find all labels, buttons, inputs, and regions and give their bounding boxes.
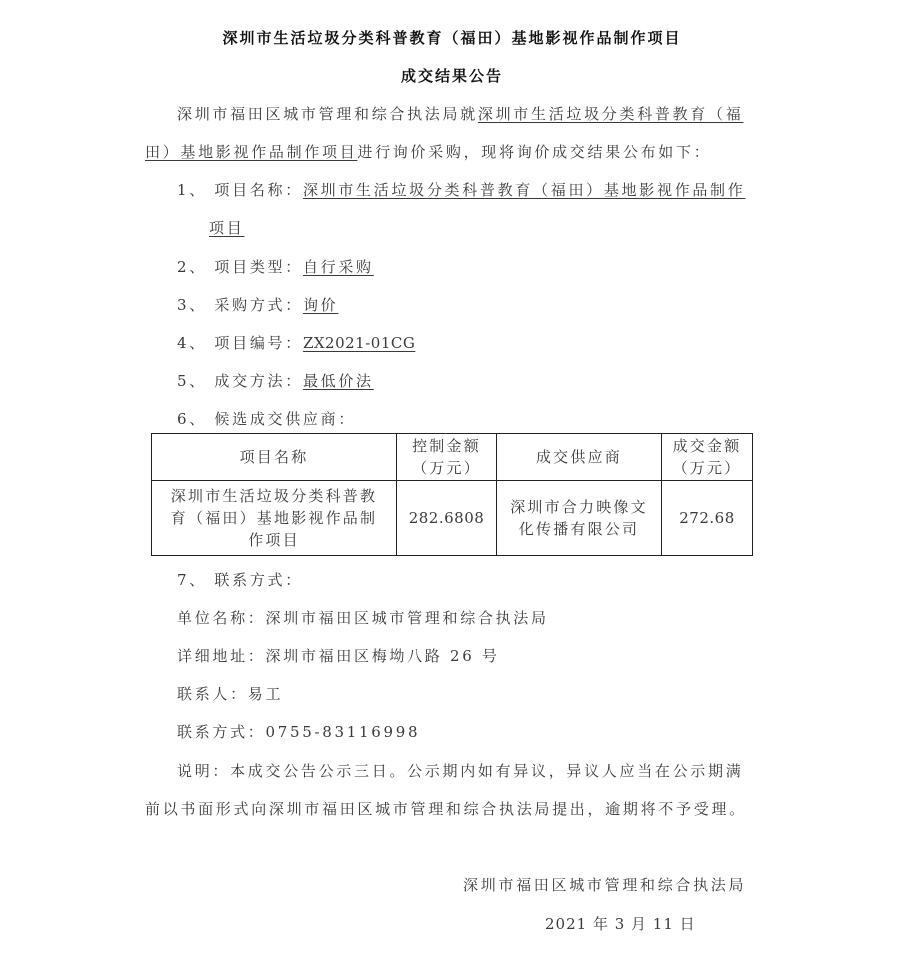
item-procurement-method: 3、 采购方式：询价 [177,295,338,315]
header-deal-amount: 成交金额 （万元） [662,434,753,481]
item-value: 询价 [303,296,338,314]
intro-suffix: 进行询价采购，现将询价成交结果公布如下： [357,143,711,161]
item-value: 项目 [209,219,244,237]
contact-unit: 单位名称：深圳市福田区城市管理和综合执法局 [177,608,549,628]
signature-date: 2021 年 3 月 11 日 [545,914,696,934]
cell-text: 作项目 [156,529,392,551]
item-project-name-cont: 项目 [209,218,244,238]
item-deal-method: 5、 成交方法：最低价法 [177,371,374,391]
item-number: 1、 [177,181,207,199]
intro-project-name-part1: 深圳市生活垃圾分类科普教育（福 [478,105,744,123]
candidate-supplier-table: 项目名称 控制金额 （万元） 成交供应商 成交金额 （万元） 深圳市生活垃圾分类… [151,433,753,556]
cell-deal-amount: 272.68 [662,481,753,556]
contact-person: 联系人：易工 [177,684,283,704]
header-text: 控制金额 [401,435,492,457]
item-contact: 7、 联系方式： [177,570,303,590]
header-text: （万元） [666,457,748,479]
intro-project-name-part2: 田）基地影视作品制作项目 [145,143,357,161]
cell-project-name: 深圳市生活垃圾分类科普教 育（福田）基地影视作品制 作项目 [152,481,397,556]
item-label: 联系方式： [214,571,303,589]
cell-text: 深圳市生活垃圾分类科普教 [156,485,392,507]
item-number: 4、 [177,334,207,352]
cell-supplier: 深圳市合力映像文 化传播有限公司 [497,481,662,556]
item-number: 2、 [177,258,207,276]
item-label: 成交方法： [214,372,303,390]
intro-paragraph-line1: 深圳市福田区城市管理和综合执法局就深圳市生活垃圾分类科普教育（福 [177,104,743,124]
note-line1: 说明：本成交公告公示三日。公示期内如有异议，异议人应当在公示期满 [177,761,743,781]
item-label: 项目名称： [214,181,303,199]
header-supplier: 成交供应商 [497,434,662,481]
item-value: 最低价法 [303,372,374,390]
item-value: 自行采购 [303,258,374,276]
item-label: 项目编号： [214,334,303,352]
item-label: 项目类型： [214,258,303,276]
contact-address: 详细地址：深圳市福田区梅坳八路 26 号 [177,646,500,666]
item-number: 3、 [177,296,207,314]
cell-text: 深圳市合力映像文 [501,496,657,518]
item-project-type: 2、 项目类型：自行采购 [177,257,374,277]
document-subtitle: 成交结果公告 [0,66,904,86]
item-candidate-suppliers: 6、 候选成交供应商： [177,409,356,429]
item-label: 采购方式： [214,296,303,314]
contact-phone: 联系方式：0755-83116998 [177,722,420,742]
header-text: 成交金额 [666,435,748,457]
document-title: 深圳市生活垃圾分类科普教育（福田）基地影视作品制作项目 [0,28,904,48]
note-line2: 前以书面形式向深圳市福田区城市管理和综合执法局提出，逾期将不予受理。 [145,799,747,819]
cell-text: 育（福田）基地影视作品制 [156,507,392,529]
item-label: 候选成交供应商： [214,410,356,428]
item-number: 7、 [177,571,207,589]
header-project-name: 项目名称 [152,434,397,481]
intro-paragraph-line2: 田）基地影视作品制作项目进行询价采购，现将询价成交结果公布如下： [145,142,711,162]
header-text: （万元） [401,457,492,479]
signature-org: 深圳市福田区城市管理和综合执法局 [463,875,746,895]
item-project-number: 4、 项目编号：ZX2021-01CG [177,333,415,353]
cell-text: 化传播有限公司 [501,518,657,540]
header-control-amount: 控制金额 （万元） [397,434,497,481]
table-row: 深圳市生活垃圾分类科普教 育（福田）基地影视作品制 作项目 282.6808 深… [152,481,753,556]
item-project-name: 1、 项目名称：深圳市生活垃圾分类科普教育（福田）基地影视作品制作 [177,180,745,200]
item-value: 深圳市生活垃圾分类科普教育（福田）基地影视作品制作 [303,181,746,199]
item-number: 5、 [177,372,207,390]
item-number: 6、 [177,410,207,428]
intro-prefix: 深圳市福田区城市管理和综合执法局就 [177,105,478,123]
item-value: ZX2021-01CG [303,334,415,352]
table-header-row: 项目名称 控制金额 （万元） 成交供应商 成交金额 （万元） [152,434,753,481]
cell-control-amount: 282.6808 [397,481,497,556]
